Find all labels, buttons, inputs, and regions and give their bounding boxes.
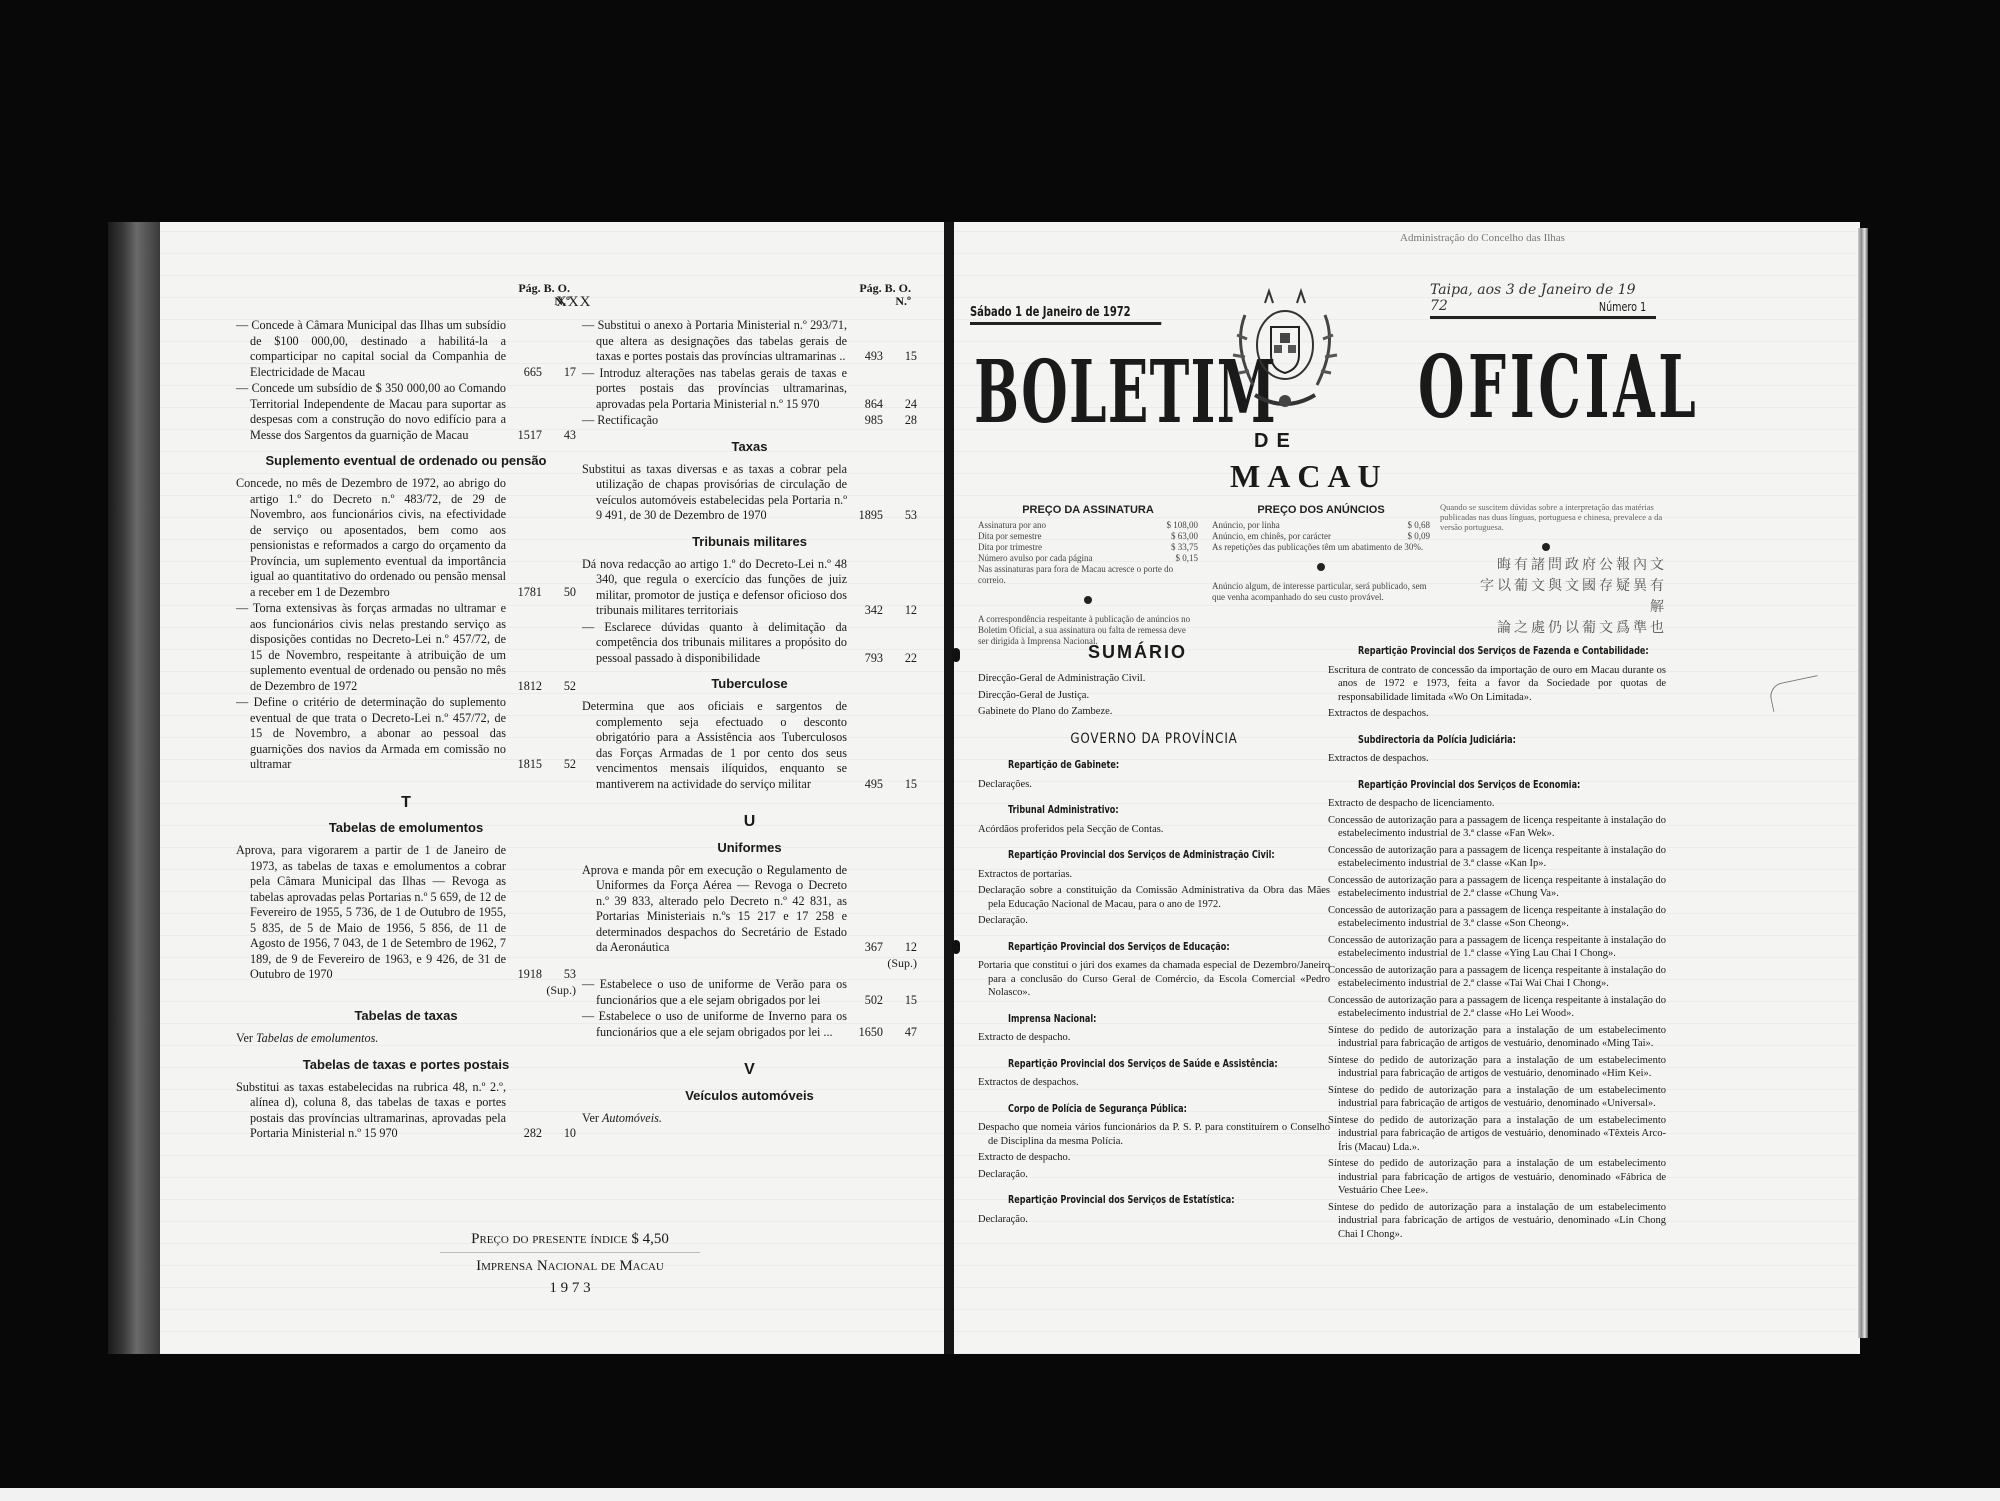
handwritten-stamp: Administração do Concelho das Ilhas [1400, 232, 1680, 244]
coat-of-arms-icon [1225, 285, 1345, 425]
summary-item: Declaração. [978, 1213, 1330, 1227]
index-entry: Rectificação98528 [582, 413, 917, 429]
page-edge-stack [1858, 228, 1868, 1338]
section-heading: Uniformes [582, 840, 917, 855]
index-entry: Define o critério de determinação do sup… [236, 695, 576, 773]
index-entry: Dá nova redacção ao artigo 1.º do Decret… [582, 557, 917, 619]
section-heading: Tabelas de taxas e portes postais [236, 1057, 576, 1072]
translation-note: Quando se suscitem dúvidas sobre a inter… [1440, 502, 1665, 532]
department-heading: Tribunal Administrativo: [1008, 803, 1272, 817]
price-row: Número avulso por cada página$ 0,15 [978, 553, 1198, 564]
department-heading: Repartição de Gabinete: [1008, 758, 1272, 772]
header-pag-bo: Pág. B. O. [582, 282, 911, 295]
summary-item: Síntese do pedido de autorização para a … [1328, 1024, 1666, 1051]
imprint: Preço do presente índice $ 4,50 Imprensa… [420, 1228, 720, 1299]
header-number: N.º [582, 295, 911, 308]
summary-column-b: Repartição Provincial dos Serviços de Fa… [1328, 632, 1666, 1244]
summary-item: Concessão de autorização para a passagem… [1328, 844, 1666, 871]
index-entry: Estabelece o uso de uniforme de Verão pa… [582, 977, 917, 1008]
summary-item: Concessão de autorização para a passagem… [1328, 934, 1666, 961]
issue-number-line: Taipa, aos 3 de Janeiro de 19 72 Número … [1430, 300, 1656, 319]
page-gutter [944, 222, 954, 1354]
department-heading: Repartição Provincial dos Serviços de Ad… [1008, 848, 1272, 862]
price-row: Anúncio, por linha$ 0,68 [1212, 520, 1430, 531]
summary-item: Declaração. [978, 1168, 1330, 1182]
bullet-dot-icon [1317, 563, 1325, 571]
subscription-prices: PREÇO DA ASSINATURA Assinatura por ano$ … [978, 505, 1198, 647]
summary-item: Gabinete do Plano do Zambeze. [978, 705, 1330, 719]
summary-item: Síntese do pedido de autorização para a … [1328, 1157, 1666, 1198]
summary-item: Extracto de despacho. [978, 1151, 1330, 1165]
section-heading: Tuberculose [582, 676, 917, 691]
index-entry: Concede à Câmara Municipal das Ilhas um … [236, 318, 576, 380]
header-pag-bo: Pág. B. O. [236, 282, 570, 295]
summary-item: Concessão de autorização para a passagem… [1328, 874, 1666, 901]
index-price: Preço do presente índice $ 4,50 [420, 1228, 720, 1250]
advert-note: As repetições das publicações têm um aba… [1212, 542, 1430, 553]
price-row: Anúncio, em chinês, por carácter$ 0,09 [1212, 531, 1430, 542]
summary-item: Direcção-Geral de Justiça. [978, 689, 1330, 703]
summary-item: Síntese do pedido de autorização para a … [1328, 1054, 1666, 1081]
index-entry: Aprova e manda pôr em execução o Regulam… [582, 863, 917, 956]
header-number: N.º [236, 295, 570, 308]
summary-item: Concessão de autorização para a passagem… [1328, 814, 1666, 841]
summary-item: Declarações. [978, 778, 1330, 792]
index-letter: T [236, 795, 576, 811]
publisher: Imprensa Nacional de Macau [420, 1255, 720, 1277]
index-column-a: Pág. B. O. N.º Concede à Câmara Municipa… [236, 282, 576, 1143]
subscription-note: Nas assinaturas para fora de Macau acres… [978, 564, 1198, 586]
index-entry: Determina que aos oficiais e sargentos d… [582, 699, 917, 792]
index-entry: Concede, no mês de Dezembro de 1972, ao … [236, 476, 576, 600]
section-heading: Tabelas de taxas [236, 1008, 576, 1023]
summary-item: Extracto de despacho de licenciamento. [1328, 797, 1666, 811]
section-heading: Tribunais militares [582, 534, 917, 549]
issue-date: Sábado 1 de Janeiro de 1972 [970, 305, 1161, 325]
bullet-dot-icon [1542, 543, 1550, 551]
section-heading: Veículos automóveis [582, 1088, 917, 1103]
index-entry: Substitui o anexo à Portaria Ministerial… [582, 318, 917, 365]
index-letter: V [582, 1062, 917, 1078]
department-heading: Repartição Provincial dos Serviços de Fa… [1358, 644, 1611, 658]
index-entry: Aprova, para vigorarem a partir de 1 de … [236, 843, 576, 983]
index-entry: Substitui as taxas estabelecidas na rubr… [236, 1080, 576, 1142]
price-row: Dita por semestre$ 63,00 [978, 531, 1198, 542]
department-heading: Repartição Provincial dos Serviços de Sa… [1008, 1057, 1272, 1071]
summary-item: Declaração. [978, 914, 1330, 928]
governo-heading: GOVERNO DA PROVÍNCIA [1004, 733, 1303, 747]
index-entry: Torna extensivas às forças armadas no ul… [236, 601, 576, 694]
summary-item: Síntese do pedido de autorização para a … [1328, 1084, 1666, 1111]
summary-item: Despacho que nomeia vários funcionários … [978, 1121, 1330, 1148]
advert-notice: Anúncio algum, de interesse particular, … [1212, 581, 1430, 603]
see-also: Ver Tabelas de emolumentos. [236, 1031, 576, 1047]
chinese-notice: 晦有諸問政府公報內文 字以葡文與文國存疑異有解 論之處仍以葡文爲準也 [1472, 555, 1667, 639]
section-heading: Taxas [582, 439, 917, 454]
section-heading: Suplemento eventual de ordenado ou pensã… [236, 453, 576, 468]
summary-title: SUMÁRIO [1088, 642, 1187, 663]
issue-number: Número 1 [1599, 300, 1646, 314]
summary-item: Síntese do pedido de autorização para a … [1328, 1114, 1666, 1155]
summary-item: Direcção-Geral de Administração Civil. [978, 672, 1330, 686]
department-heading: Corpo de Polícia de Segurança Pública: [1008, 1102, 1272, 1116]
summary-item: Declaração sobre a constituição da Comis… [978, 884, 1330, 911]
index-entry: Substitui as taxas diversas e as taxas a… [582, 462, 917, 524]
index-entry: Estabelece o uso de uniforme de Inverno … [582, 1009, 917, 1040]
summary-item: Síntese do pedido de autorização para a … [1328, 1201, 1666, 1242]
chinese-line: 字以葡文與文國存疑異有解 [1472, 576, 1667, 618]
column-header: Pág. B. O. N.º [236, 282, 576, 308]
price-row: Assinatura por ano$ 108,00 [978, 520, 1198, 531]
summary-item: Concessão de autorização para a passagem… [1328, 964, 1666, 991]
masthead-oficial: OFICIAL [1418, 345, 1700, 431]
binding-hole-icon [952, 648, 960, 662]
masthead-macau: MACAU [1230, 458, 1388, 495]
index-entry: Introduz alterações nas tabelas gerais d… [582, 366, 917, 413]
summary-item: Concessão de autorização para a passagem… [1328, 994, 1666, 1021]
department-heading: Repartição Provincial dos Serviços de Ed… [1008, 940, 1272, 954]
index-letter: U [582, 814, 917, 830]
summary-item: Acórdãos proferidos pela Secção de Conta… [978, 823, 1330, 837]
masthead-de: DE [1254, 430, 1298, 453]
book-spine [108, 222, 160, 1354]
department-heading: Repartição Provincial dos Serviços de Ec… [1358, 778, 1611, 792]
bullet-dot-icon [1084, 596, 1092, 604]
department-heading: Subdirectoria da Polícia Judiciária: [1358, 733, 1611, 747]
column-header: Pág. B. O. N.º [582, 282, 917, 308]
binding-hole-icon [952, 940, 960, 954]
index-entry: Esclarece dúvidas quanto à delimitação d… [582, 620, 917, 667]
see-also: Ver Automóveis. [582, 1111, 917, 1127]
publication-year: 1 9 7 3 [420, 1277, 720, 1299]
department-heading: Repartição Provincial dos Serviços de Es… [1008, 1193, 1272, 1207]
section-heading: Tabelas de emolumentos [236, 820, 576, 835]
summary-item: Concessão de autorização para a passagem… [1328, 904, 1666, 931]
summary-item: Extractos de despachos. [1328, 752, 1666, 766]
summary-column-a: Direcção-Geral de Administração Civil. D… [978, 672, 1330, 1229]
summary-item: Extractos de despachos. [1328, 707, 1666, 721]
department-heading: Imprensa Nacional: [1008, 1012, 1272, 1026]
price-row: Dita por trimestre$ 33,75 [978, 542, 1198, 553]
supplement-mark: (Sup.) [582, 956, 917, 972]
subscription-title: PREÇO DA ASSINATURA [978, 505, 1198, 516]
index-column-b: Pág. B. O. N.º Substitui o anexo à Porta… [582, 282, 917, 1126]
supplement-mark: (Sup.) [236, 983, 576, 999]
summary-item: Extractos de despachos. [978, 1076, 1330, 1090]
index-entry: Concede um subsídio de $ 350 000,00 ao C… [236, 381, 576, 443]
advert-title: PREÇO DOS ANÚNCIOS [1212, 505, 1430, 516]
scanner-strip [0, 1488, 2000, 1501]
summary-item: Extracto de despacho. [978, 1031, 1330, 1045]
summary-item: Extractos de portarias. [978, 868, 1330, 882]
summary-item: Escritura de contrato de concessão da im… [1328, 664, 1666, 705]
advert-prices: PREÇO DOS ANÚNCIOS Anúncio, por linha$ 0… [1212, 505, 1430, 603]
chinese-line: 晦有諸問政府公報內文 [1472, 555, 1667, 576]
summary-item: Portaria que constitui o júri dos exames… [978, 959, 1330, 1000]
